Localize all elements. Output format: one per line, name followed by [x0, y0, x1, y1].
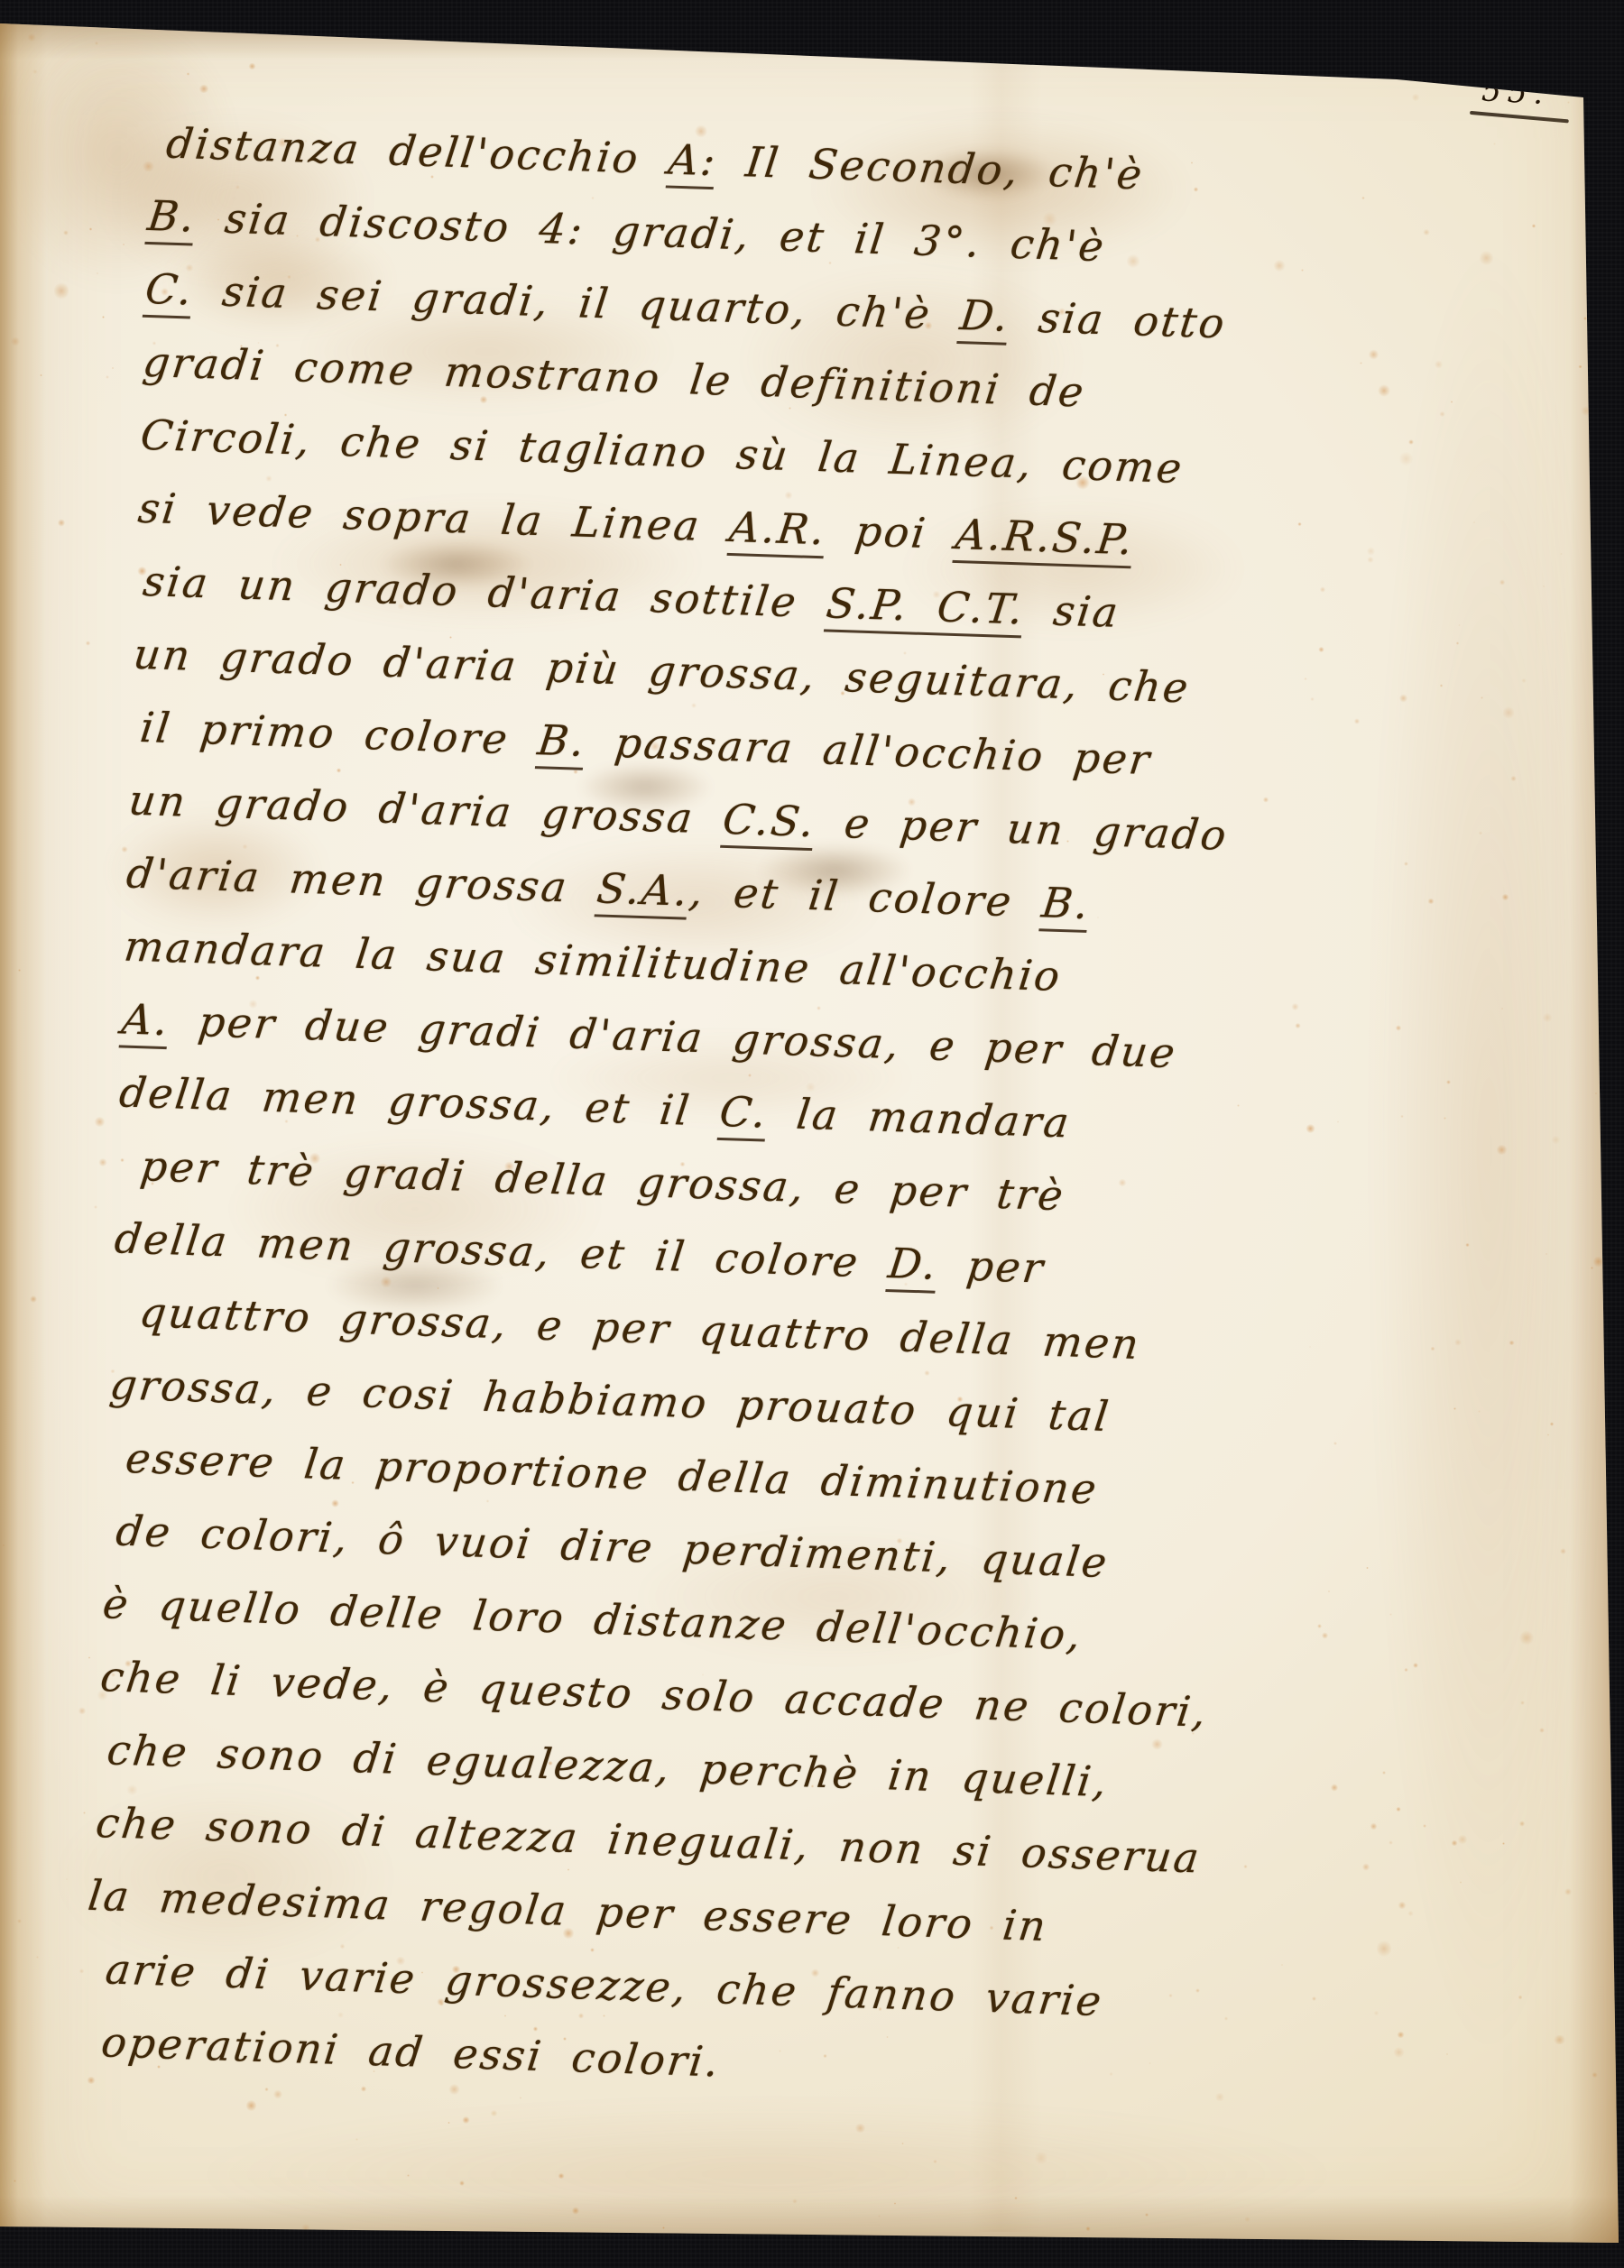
foxing-spot — [1586, 60, 1588, 61]
page-vignette — [0, 0, 1624, 2268]
manuscript-photo: distanza dell'occhio A: Il Secondo, ch'è… — [0, 0, 1624, 2268]
foxing-spot — [1590, 425, 1596, 431]
book-page: distanza dell'occhio A: Il Secondo, ch'è… — [0, 0, 1624, 2268]
foxing-spot — [897, 2236, 902, 2239]
